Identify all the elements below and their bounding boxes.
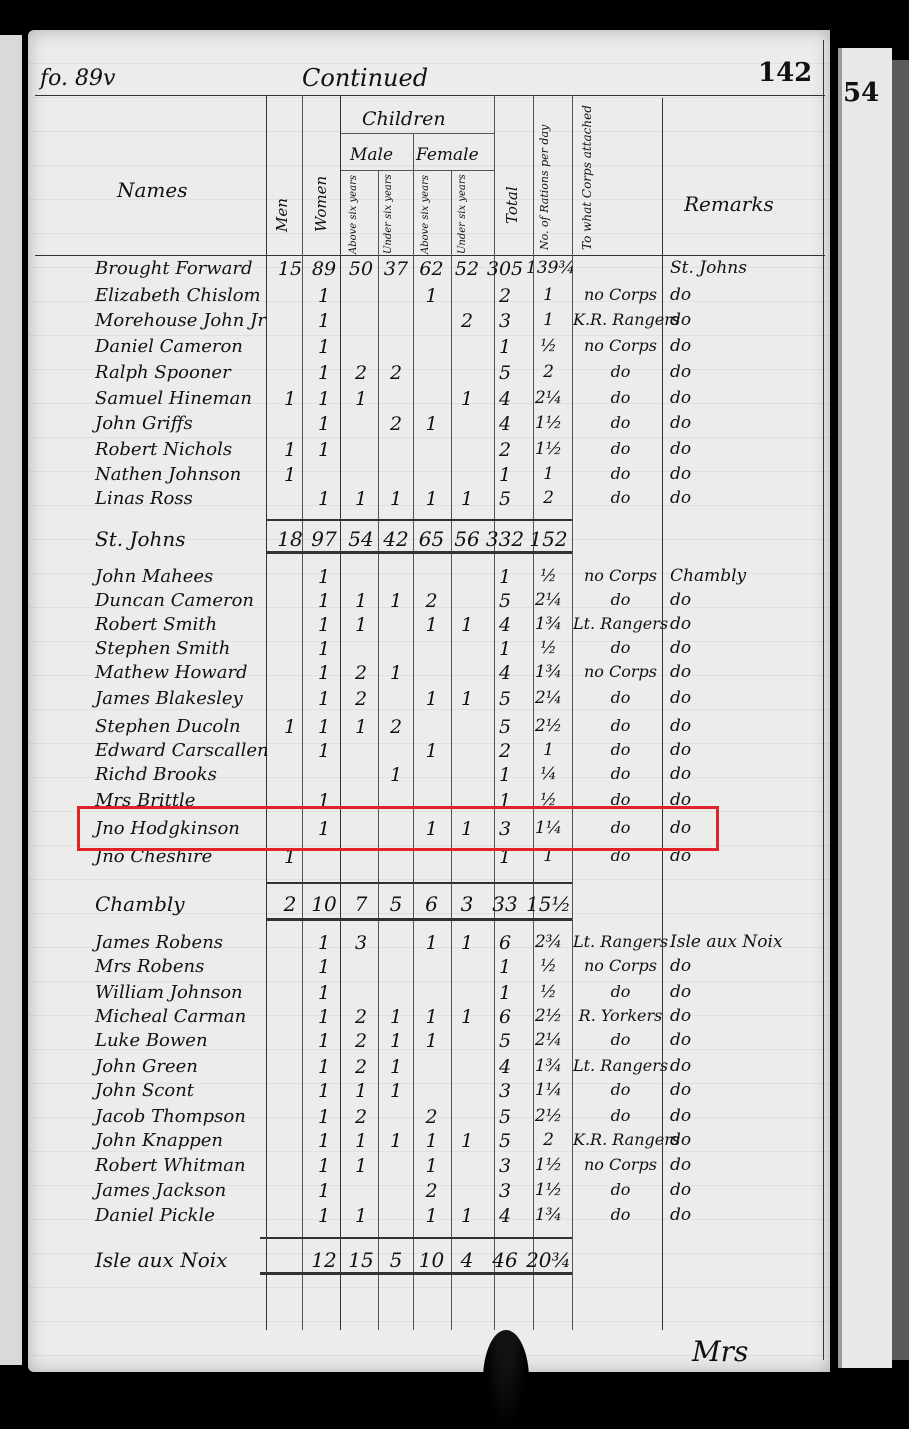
cell-m-above: 2 xyxy=(343,662,379,684)
cell-name: Duncan Cameron xyxy=(95,590,270,611)
cell-f-under: 1 xyxy=(450,1205,484,1227)
cell-corps: no Corps xyxy=(573,1155,668,1174)
header-children: Children xyxy=(362,108,446,130)
cell-remarks: do xyxy=(670,688,810,708)
header-female: Female xyxy=(416,145,479,165)
cell-remarks: do xyxy=(670,488,810,508)
cell-women: 97 xyxy=(305,527,343,551)
cell-men: 1 xyxy=(275,464,305,486)
cell-men: 15 xyxy=(275,258,305,280)
cell-m-above: 2 xyxy=(343,1006,379,1028)
cell-rations: 2¼ xyxy=(526,1030,571,1050)
cell-m-above: 1 xyxy=(343,614,379,636)
cell-total: 5 xyxy=(484,688,526,710)
cell-women: 1 xyxy=(305,336,343,358)
cell-total: 2 xyxy=(484,740,526,762)
cell-name: Daniel Pickle xyxy=(95,1205,270,1226)
header-female-under-six: Under six years xyxy=(457,174,468,254)
cell-f-above: 1 xyxy=(413,488,450,510)
cell-f-above: 1 xyxy=(413,688,450,710)
cell-m-above: 1 xyxy=(343,1130,379,1152)
cell-rations: 2 xyxy=(526,488,571,508)
table-row: James Robens131162¾Lt. RangersIsle aux N… xyxy=(95,932,815,957)
cell-corps: no Corps xyxy=(573,956,668,975)
cell-rations: 2¾ xyxy=(526,932,571,952)
cell-name: Edward Carscallen xyxy=(95,740,270,761)
table-row: Mathew Howard12141¾no Corpsdo xyxy=(95,662,815,687)
left-page-edge xyxy=(0,35,22,1365)
table-row: Micheal Carman1211162½R. Yorkersdo xyxy=(95,1006,815,1031)
cell-remarks: do xyxy=(670,590,810,610)
cell-rations: 1¾ xyxy=(526,1056,571,1076)
cell-m-above: 1 xyxy=(343,590,379,612)
cell-m-above: 7 xyxy=(343,892,379,916)
cell-rations: 1¾ xyxy=(526,614,571,634)
cell-remarks: do xyxy=(670,638,810,658)
cell-total: 4 xyxy=(484,1056,526,1078)
cell-name: Samuel Hineman xyxy=(95,388,270,409)
header-men: Men xyxy=(273,198,291,232)
cell-remarks: do xyxy=(670,662,810,682)
table-row: Richd Brooks11¼dodo xyxy=(95,764,815,789)
cell-f-under: 1 xyxy=(450,688,484,710)
cell-total: 1 xyxy=(484,638,526,660)
table-row: John Scont11131¼dodo xyxy=(95,1080,815,1105)
cell-f-under: 1 xyxy=(450,1130,484,1152)
cell-total: 1 xyxy=(484,336,526,358)
cell-remarks: do xyxy=(670,1130,810,1150)
cell-name: Robert Smith xyxy=(95,614,270,635)
cell-corps: do xyxy=(573,1106,668,1125)
cell-rations: ½ xyxy=(526,566,571,586)
cell-rations: 2¼ xyxy=(526,688,571,708)
cell-corps: do xyxy=(573,388,668,407)
cell-m-above: 2 xyxy=(343,362,379,384)
cell-m-above: 1 xyxy=(343,1080,379,1102)
cell-total: 305 xyxy=(484,258,526,280)
cell-name: Jacob Thompson xyxy=(95,1106,270,1127)
cell-rations: 152 xyxy=(526,527,571,551)
cell-f-under: 1 xyxy=(450,614,484,636)
table-row: John Green12141¾Lt. Rangersdo xyxy=(95,1056,815,1081)
cell-remarks: do xyxy=(670,464,810,484)
table-row: James Blakesley121152¼dodo xyxy=(95,688,815,713)
cell-m-above: 1 xyxy=(343,1155,379,1177)
cell-remarks: do xyxy=(670,1155,810,1175)
header-top-rule xyxy=(35,95,825,96)
cell-m-above: 1 xyxy=(343,1205,379,1227)
cell-rations: 2½ xyxy=(526,716,571,736)
cell-f-above: 2 xyxy=(413,590,450,612)
cell-name: John Mahees xyxy=(95,566,270,587)
table-row: Robert Nichols1121½dodo xyxy=(95,439,815,464)
cell-women: 1 xyxy=(305,662,343,684)
header-women: Women xyxy=(312,176,330,232)
cell-women: 1 xyxy=(305,488,343,510)
cell-remarks: do xyxy=(670,982,810,1002)
cell-men: 1 xyxy=(275,388,305,410)
header-names: Names xyxy=(117,178,188,202)
cell-f-under: 56 xyxy=(450,527,484,551)
page-right-rule xyxy=(823,40,824,1360)
cell-total: 5 xyxy=(484,1030,526,1052)
cell-name: Robert Whitman xyxy=(95,1155,270,1176)
adjacent-page-shadow xyxy=(892,60,909,1360)
cell-f-above: 1 xyxy=(413,285,450,307)
cell-total: 5 xyxy=(484,488,526,510)
bottom-annotation: Mrs xyxy=(692,1335,748,1368)
table-row: Robert Whitman11131½no Corpsdo xyxy=(95,1155,815,1180)
cell-total: 46 xyxy=(484,1248,526,1272)
cell-m-above: 2 xyxy=(343,1030,379,1052)
cell-rations: 1¾ xyxy=(526,1205,571,1225)
children-rule xyxy=(340,133,495,134)
subtotal-rule xyxy=(266,882,572,884)
cell-m-under: 2 xyxy=(379,413,413,435)
cell-total: 1 xyxy=(484,982,526,1004)
cell-corps: do xyxy=(573,1030,668,1049)
cell-rations: 1½ xyxy=(526,413,571,433)
cell-rations: 139¾ xyxy=(526,258,571,278)
cell-m-under: 1 xyxy=(379,1130,413,1152)
cell-women: 1 xyxy=(305,1106,343,1128)
cell-total: 5 xyxy=(484,362,526,384)
cell-m-under: 1 xyxy=(379,662,413,684)
table-row: Morehouse John Jr1231K.R. Rangersdo xyxy=(95,310,815,335)
cell-remarks: do xyxy=(670,336,810,356)
table-row: Daniel Cameron11½no Corpsdo xyxy=(95,336,815,361)
cell-women: 1 xyxy=(305,1130,343,1152)
cell-women: 1 xyxy=(305,1205,343,1227)
cell-corps: do xyxy=(573,362,668,381)
table-row: John Knappen1111152K.R. Rangersdo xyxy=(95,1130,815,1155)
cell-rations: 1½ xyxy=(526,439,571,459)
table-row: Stephen Smith11½dodo xyxy=(95,638,815,663)
page-heading: Continued xyxy=(302,64,428,92)
cell-corps: K.R. Rangers xyxy=(573,1130,668,1149)
highlight-box xyxy=(77,806,719,851)
cell-m-above: 2 xyxy=(343,688,379,710)
cell-total: 1 xyxy=(484,566,526,588)
table-row: Daniel Pickle111141¾dodo xyxy=(95,1205,815,1230)
cell-women: 1 xyxy=(305,1080,343,1102)
cell-name: Stephen Smith xyxy=(95,638,270,659)
cell-name: William Johnson xyxy=(95,982,270,1003)
cell-total: 1 xyxy=(484,956,526,978)
subtotal-rule xyxy=(266,519,572,521)
cell-f-above: 1 xyxy=(413,740,450,762)
cell-corps: do xyxy=(573,982,668,1001)
cell-women: 1 xyxy=(305,590,343,612)
cell-remarks: do xyxy=(670,740,810,760)
cell-corps: R. Yorkers xyxy=(573,1006,668,1025)
subtotal-rule xyxy=(260,1237,572,1239)
cell-men: 2 xyxy=(275,892,305,916)
cell-m-under: 1 xyxy=(379,764,413,786)
cell-total: 6 xyxy=(484,1006,526,1028)
cell-f-above: 10 xyxy=(413,1248,450,1272)
cell-corps: do xyxy=(573,688,668,707)
cell-m-above: 2 xyxy=(343,1056,379,1078)
cell-corps: Lt. Rangers xyxy=(573,614,668,633)
cell-m-above: 3 xyxy=(343,932,379,954)
cell-m-under: 1 xyxy=(379,1030,413,1052)
cell-women: 1 xyxy=(305,1006,343,1028)
cell-remarks: do xyxy=(670,439,810,459)
cell-total: 4 xyxy=(484,662,526,684)
cell-remarks: do xyxy=(670,1080,810,1100)
cell-rations: 15½ xyxy=(526,892,571,916)
header-male-under-six: Under six years xyxy=(383,174,394,254)
cell-name: John Griffs xyxy=(95,413,270,434)
cell-rations: ½ xyxy=(526,982,571,1002)
cell-f-above: 1 xyxy=(413,1006,450,1028)
cell-f-above: 1 xyxy=(413,1130,450,1152)
cell-rations: 2½ xyxy=(526,1106,571,1126)
cell-corps: do xyxy=(573,464,668,483)
cell-total: 3 xyxy=(484,1080,526,1102)
cell-name: Elizabeth Chislom xyxy=(95,285,270,306)
cell-corps: no Corps xyxy=(573,566,668,585)
cell-name: Linas Ross xyxy=(95,488,270,509)
cell-name: Luke Bowen xyxy=(95,1030,270,1051)
cell-remarks: do xyxy=(670,1030,810,1050)
cell-f-above: 1 xyxy=(413,413,450,435)
cell-rations: 1 xyxy=(526,464,571,484)
cell-corps: do xyxy=(573,716,668,735)
cell-rations: 2¼ xyxy=(526,590,571,610)
subtotal-row: Chambly21075633315½ xyxy=(95,892,815,917)
cell-rations: 20¾ xyxy=(526,1248,571,1272)
cell-remarks: do xyxy=(670,716,810,736)
cell-corps: do xyxy=(573,638,668,657)
cell-total: 2 xyxy=(484,439,526,461)
cell-total: 3 xyxy=(484,310,526,332)
cell-remarks: Isle aux Noix xyxy=(670,932,810,952)
cell-corps: do xyxy=(573,439,668,458)
cell-rations: ½ xyxy=(526,956,571,976)
cell-f-above: 2 xyxy=(413,1180,450,1202)
cell-m-under: 1 xyxy=(379,590,413,612)
table-row: Stephen Ducoln111252½dodo xyxy=(95,716,815,741)
cell-corps: do xyxy=(573,488,668,507)
cell-f-above: 1 xyxy=(413,1030,450,1052)
cell-women: 1 xyxy=(305,439,343,461)
cell-corps: do xyxy=(573,764,668,783)
cell-name: St. Johns xyxy=(95,527,270,551)
cell-women: 1 xyxy=(305,688,343,710)
cell-name: James Jackson xyxy=(95,1180,270,1201)
cell-total: 33 xyxy=(484,892,526,916)
cell-m-under: 1 xyxy=(379,488,413,510)
cell-total: 3 xyxy=(484,1155,526,1177)
cell-women: 1 xyxy=(305,982,343,1004)
cell-remarks: do xyxy=(670,1006,810,1026)
cell-women: 1 xyxy=(305,362,343,384)
cell-name: Richd Brooks xyxy=(95,764,270,785)
cell-total: 4 xyxy=(484,1205,526,1227)
page-number: 142 xyxy=(758,58,812,88)
cell-f-above: 2 xyxy=(413,1106,450,1128)
subtotal-row: Isle aux Noix121551044620¾ xyxy=(95,1248,815,1273)
cell-total: 3 xyxy=(484,1180,526,1202)
table-row: Edward Carscallen1121dodo xyxy=(95,740,815,765)
cell-women: 1 xyxy=(305,716,343,738)
table-row: Samuel Hineman111142¼dodo xyxy=(95,388,815,413)
cell-f-under: 2 xyxy=(450,310,484,332)
table-row: James Jackson1231½dodo xyxy=(95,1180,815,1205)
table-row: Luke Bowen121152¼dodo xyxy=(95,1030,815,1055)
cell-name: John Green xyxy=(95,1056,270,1077)
cell-name: Chambly xyxy=(95,892,270,916)
header-corps: To what Corps attached xyxy=(580,100,594,250)
table-row: Mrs Robens11½no Corpsdo xyxy=(95,956,815,981)
cell-m-under: 1 xyxy=(379,1056,413,1078)
cell-total: 1 xyxy=(484,764,526,786)
subtotal-row: St. Johns189754426556332152 xyxy=(95,527,815,552)
cell-m-under: 5 xyxy=(379,892,413,916)
cell-women: 1 xyxy=(305,388,343,410)
cell-m-above: 2 xyxy=(343,1106,379,1128)
cell-f-under: 1 xyxy=(450,488,484,510)
cell-f-above: 1 xyxy=(413,1155,450,1177)
header-total: Total xyxy=(503,186,521,224)
cell-name: Morehouse John Jr xyxy=(95,310,270,331)
cell-women: 1 xyxy=(305,1030,343,1052)
header-male: Male xyxy=(350,145,393,165)
cell-women: 10 xyxy=(305,892,343,916)
cell-rations: 1½ xyxy=(526,1180,571,1200)
table-row: Linas Ross1111152dodo xyxy=(95,488,815,513)
cell-remarks: do xyxy=(670,614,810,634)
cell-men: 18 xyxy=(275,527,305,551)
cell-corps: do xyxy=(573,1205,668,1224)
cell-remarks: do xyxy=(670,362,810,382)
cell-remarks: do xyxy=(670,285,810,305)
cell-total: 4 xyxy=(484,388,526,410)
cell-f-under: 1 xyxy=(450,932,484,954)
cell-m-under: 1 xyxy=(379,1080,413,1102)
cell-corps: do xyxy=(573,1080,668,1099)
cell-corps: Lt. Rangers xyxy=(573,1056,668,1075)
cell-women: 1 xyxy=(305,1155,343,1177)
cell-remarks: do xyxy=(670,413,810,433)
table-row: Jacob Thompson12252½dodo xyxy=(95,1106,815,1131)
cell-women: 12 xyxy=(305,1248,343,1272)
adjacent-page-number: 54 xyxy=(843,78,879,108)
cell-women: 1 xyxy=(305,1180,343,1202)
cell-men: 1 xyxy=(275,439,305,461)
cell-women: 1 xyxy=(305,956,343,978)
cell-m-under: 5 xyxy=(379,1248,413,1272)
table-row: John Mahees11½no CorpsChambly xyxy=(95,566,815,591)
header-remarks: Remarks xyxy=(684,192,774,216)
cell-f-above: 1 xyxy=(413,1205,450,1227)
cell-rations: 2¼ xyxy=(526,388,571,408)
cell-m-above: 15 xyxy=(343,1248,379,1272)
cell-women: 1 xyxy=(305,285,343,307)
cell-f-above: 6 xyxy=(413,892,450,916)
cell-name: Micheal Carman xyxy=(95,1006,270,1027)
cell-name: Robert Nichols xyxy=(95,439,270,460)
cell-name: John Scont xyxy=(95,1080,270,1101)
cell-m-under: 1 xyxy=(379,1006,413,1028)
cell-f-under: 52 xyxy=(450,258,484,280)
table-row: Elizabeth Chislom1121no Corpsdo xyxy=(95,285,815,310)
cell-remarks: do xyxy=(670,1056,810,1076)
cell-f-above: 65 xyxy=(413,527,450,551)
cell-women: 1 xyxy=(305,413,343,435)
cell-women: 1 xyxy=(305,310,343,332)
table-row: Nathen Johnson111dodo xyxy=(95,464,815,489)
cell-remarks: do xyxy=(670,956,810,976)
cell-name: James Blakesley xyxy=(95,688,270,709)
table-row: Brought Forward158950376252305139¾St. Jo… xyxy=(95,258,815,283)
cell-m-under: 37 xyxy=(379,258,413,280)
cell-f-under: 3 xyxy=(450,892,484,916)
cell-total: 4 xyxy=(484,614,526,636)
cell-m-under: 2 xyxy=(379,362,413,384)
cell-women: 1 xyxy=(305,1056,343,1078)
cell-rations: 1 xyxy=(526,285,571,305)
cell-f-under: 4 xyxy=(450,1248,484,1272)
cell-corps: Lt. Rangers xyxy=(573,932,668,951)
cell-corps: no Corps xyxy=(573,336,668,355)
cell-corps: K.R. Rangers xyxy=(573,310,668,329)
cell-total: 5 xyxy=(484,1106,526,1128)
subtotal-rule xyxy=(266,918,572,921)
cell-m-above: 1 xyxy=(343,388,379,410)
cell-remarks: St. Johns xyxy=(670,258,810,278)
cell-remarks: do xyxy=(670,1106,810,1126)
cell-rations: 1¾ xyxy=(526,662,571,682)
cell-corps: do xyxy=(573,1180,668,1199)
cell-women: 1 xyxy=(305,932,343,954)
cell-remarks: do xyxy=(670,1205,810,1225)
header-rations: No. of Rations per day xyxy=(538,100,551,250)
table-row: Robert Smith111141¾Lt. Rangersdo xyxy=(95,614,815,639)
cell-name: Ralph Spooner xyxy=(95,362,270,383)
cell-rations: 1 xyxy=(526,310,571,330)
cell-total: 5 xyxy=(484,590,526,612)
cell-remarks: do xyxy=(670,1180,810,1200)
cell-men: 1 xyxy=(275,716,305,738)
cell-m-under: 2 xyxy=(379,716,413,738)
cell-corps: no Corps xyxy=(573,662,668,681)
cell-rations: 1 xyxy=(526,740,571,760)
header-male-above-six: Above six years xyxy=(348,174,359,254)
cell-name: Mathew Howard xyxy=(95,662,270,683)
cell-f-under: 1 xyxy=(450,388,484,410)
cell-corps: no Corps xyxy=(573,285,668,304)
cell-rations: 2½ xyxy=(526,1006,571,1026)
cell-women: 89 xyxy=(305,258,343,280)
cell-women: 1 xyxy=(305,614,343,636)
cell-name: Brought Forward xyxy=(95,258,270,279)
header-bottom-rule xyxy=(35,255,825,256)
cell-remarks: do xyxy=(670,764,810,784)
cell-rations: ¼ xyxy=(526,764,571,784)
cell-f-under: 1 xyxy=(450,1006,484,1028)
folio-reference: fo. 89v xyxy=(40,66,115,91)
cell-f-above: 1 xyxy=(413,932,450,954)
cell-remarks: do xyxy=(670,310,810,330)
cell-total: 5 xyxy=(484,1130,526,1152)
book-spine-clip xyxy=(483,1330,529,1429)
gender-rule xyxy=(340,170,495,171)
cell-name: James Robens xyxy=(95,932,270,953)
cell-name: Stephen Ducoln xyxy=(95,716,270,737)
